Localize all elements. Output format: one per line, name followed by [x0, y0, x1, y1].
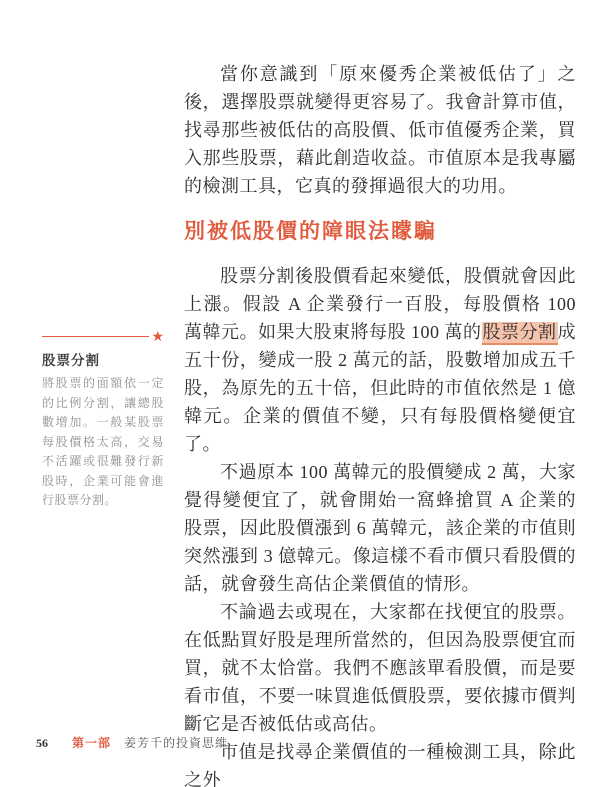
paragraph: 不過原本 100 萬韓元的股價變成 2 萬，大家覺得變便宜了，就會開始一窩蜂搶買… [184, 458, 576, 598]
book-page: 當你意識到「原來優秀企業被低估了」之後，選擇股票就變得更容易了。我會計算市值，找… [0, 0, 600, 787]
sidebar-rule: ★ [42, 328, 164, 344]
page-footer: 56 第一部 姜芳千的投資思維 [36, 735, 228, 751]
rule-line [42, 336, 149, 337]
page-number: 56 [36, 735, 48, 751]
highlighted-term: 股票分割 [482, 322, 558, 345]
star-icon: ★ [151, 329, 164, 343]
sidebar-note-body: 將股票的面額依一定的比例分割，讓總股數增加。一般某股票每股價格太高，交易不活躍或… [42, 374, 164, 511]
paragraph: 股票分割後股價看起來變低，股價就會因此上漲。假設 A 企業發行一百股，每股價格 … [184, 262, 576, 458]
paragraph: 市值是找尋企業價值的一種檢測工具，除此之外 [184, 738, 576, 787]
part-label: 第一部 [72, 735, 111, 751]
book-title: 姜芳千的投資思維 [124, 735, 228, 751]
paragraph: 當你意識到「原來優秀企業被低估了」之後，選擇股票就變得更容易了。我會計算市值，找… [184, 60, 576, 200]
section-heading: 別被低股價的障眼法矇騙 [184, 217, 576, 247]
sidebar-note: ★ 股票分割 將股票的面額依一定的比例分割，讓總股數增加。一般某股票每股價格太高… [42, 328, 164, 511]
paragraph: 不論過去或現在，大家都在找便宜的股票。在低點買好股是理所當然的，但因為股票便宜而… [184, 598, 576, 738]
main-text-column: 當你意識到「原來優秀企業被低估了」之後，選擇股票就變得更容易了。我會計算市值，找… [184, 60, 576, 787]
sidebar-note-title: 股票分割 [42, 349, 164, 369]
